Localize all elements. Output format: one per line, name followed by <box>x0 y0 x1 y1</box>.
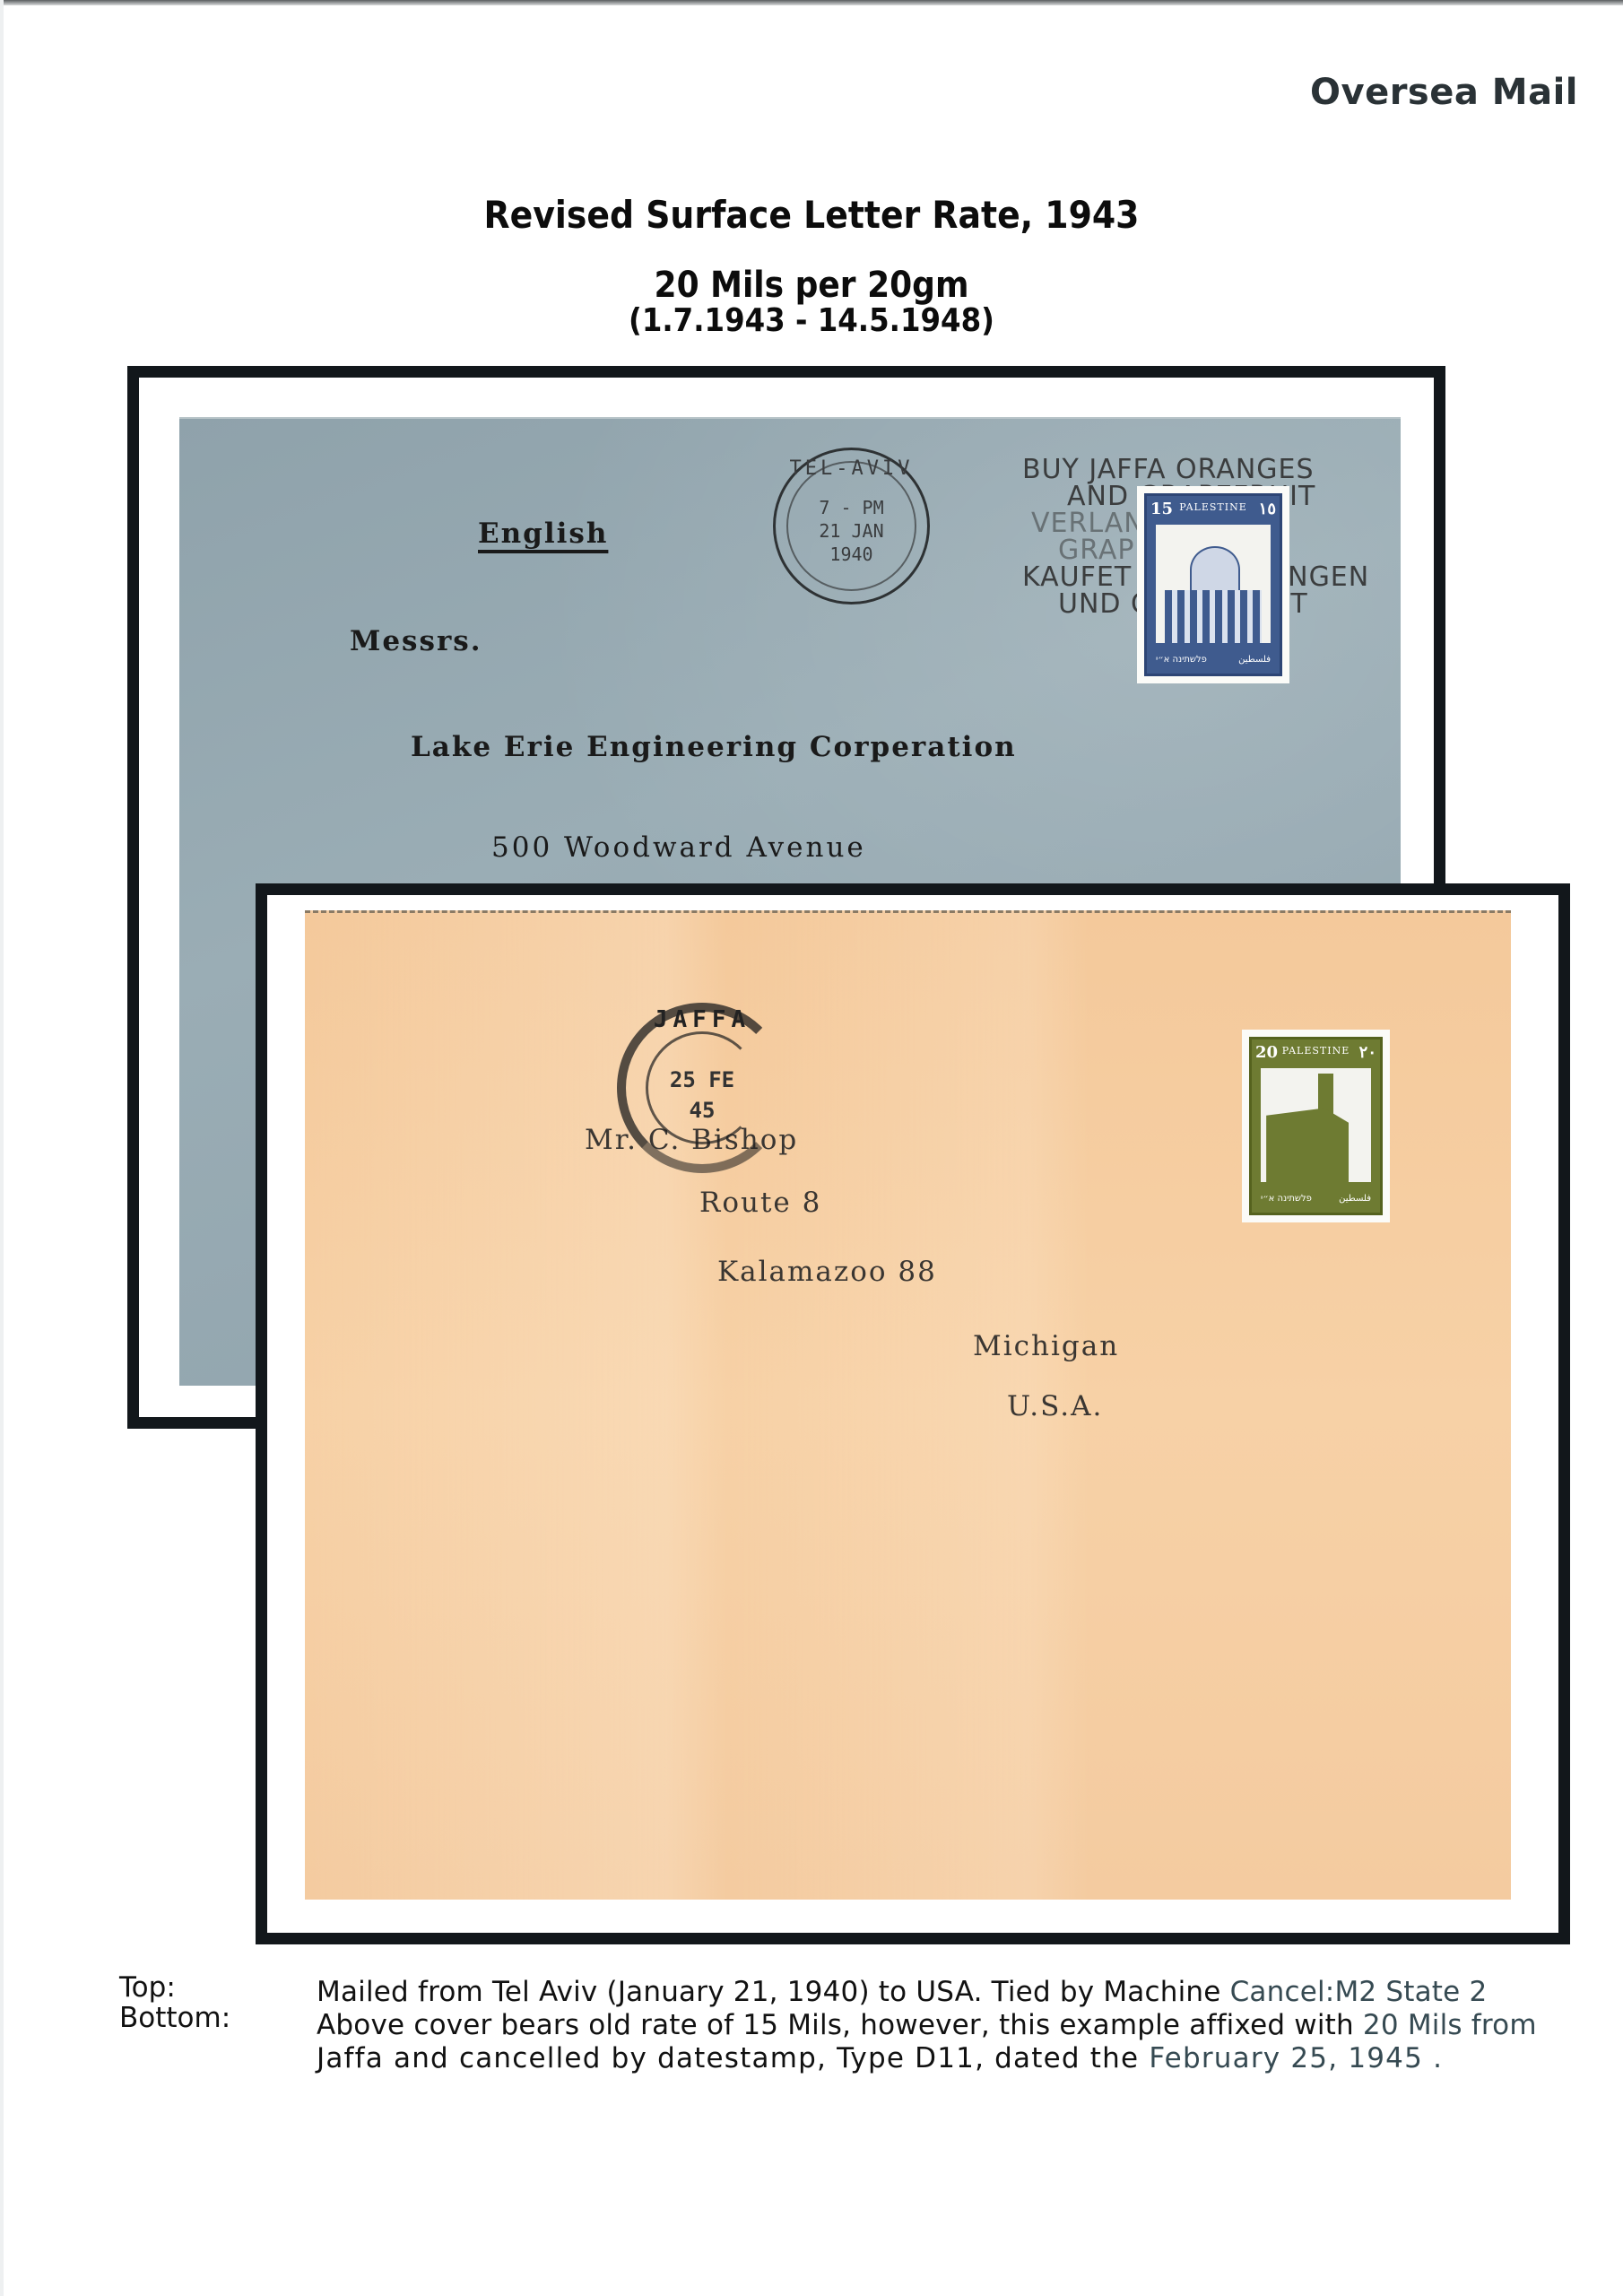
note-line-3: Jaffa and cancelled by datestamp, Type D… <box>317 2042 1443 2074</box>
note-label-bottom: Bottom: <box>119 2002 230 2034</box>
bottom-cover-street: Route 8 <box>699 1187 821 1219</box>
rate-period: (1.7.1943 - 14.5.1948) <box>82 302 1542 339</box>
note-label-top: Top: <box>119 1971 176 2004</box>
dome-of-the-rock-icon <box>1156 525 1271 643</box>
jaffa-datestamp: JAFFA 25 FE 45 <box>617 1003 787 1173</box>
top-cover-street: 500 Woodward Avenue <box>491 831 866 864</box>
top-cover-company: Lake Erie Engineering Corperation <box>411 731 1017 763</box>
page-top-edge <box>0 0 1623 5</box>
bottom-cover: Mr. C. Bishop Route 8 Kalamazoo 88 Michi… <box>305 910 1511 1900</box>
page-left-edge <box>0 0 4 2296</box>
bottom-cover-country: U.S.A. <box>1007 1390 1103 1422</box>
tel-aviv-postmark: TEL-AVIV 7 - PM 21 JAN 1940 <box>773 448 930 604</box>
top-cover-salutation: Messrs. <box>350 625 482 657</box>
palestine-15-mils-stamp: 15 PALESTINE ١٥ פלשתינה א״י فلسطين <box>1137 486 1289 683</box>
section-title: Oversea Mail <box>1310 72 1578 113</box>
palestine-20-mils-stamp: 20 PALESTINE ٢٠ פלשתינה א״י فلسطين <box>1242 1030 1390 1222</box>
rate-subheading: 20 Mils per 20gm <box>82 265 1542 306</box>
bottom-cover-state: Michigan <box>973 1330 1119 1362</box>
note-line-2: Above cover bears old rate of 15 Mils, h… <box>317 2009 1537 2041</box>
top-cover-annotation: English <box>478 517 608 550</box>
bottom-cover-city: Kalamazoo 88 <box>717 1256 937 1288</box>
citadel-tower-icon <box>1261 1068 1371 1182</box>
note-line-1: Mailed from Tel Aviv (January 21, 1940) … <box>317 1976 1487 2008</box>
page-heading: Revised Surface Letter Rate, 1943 <box>82 193 1542 237</box>
